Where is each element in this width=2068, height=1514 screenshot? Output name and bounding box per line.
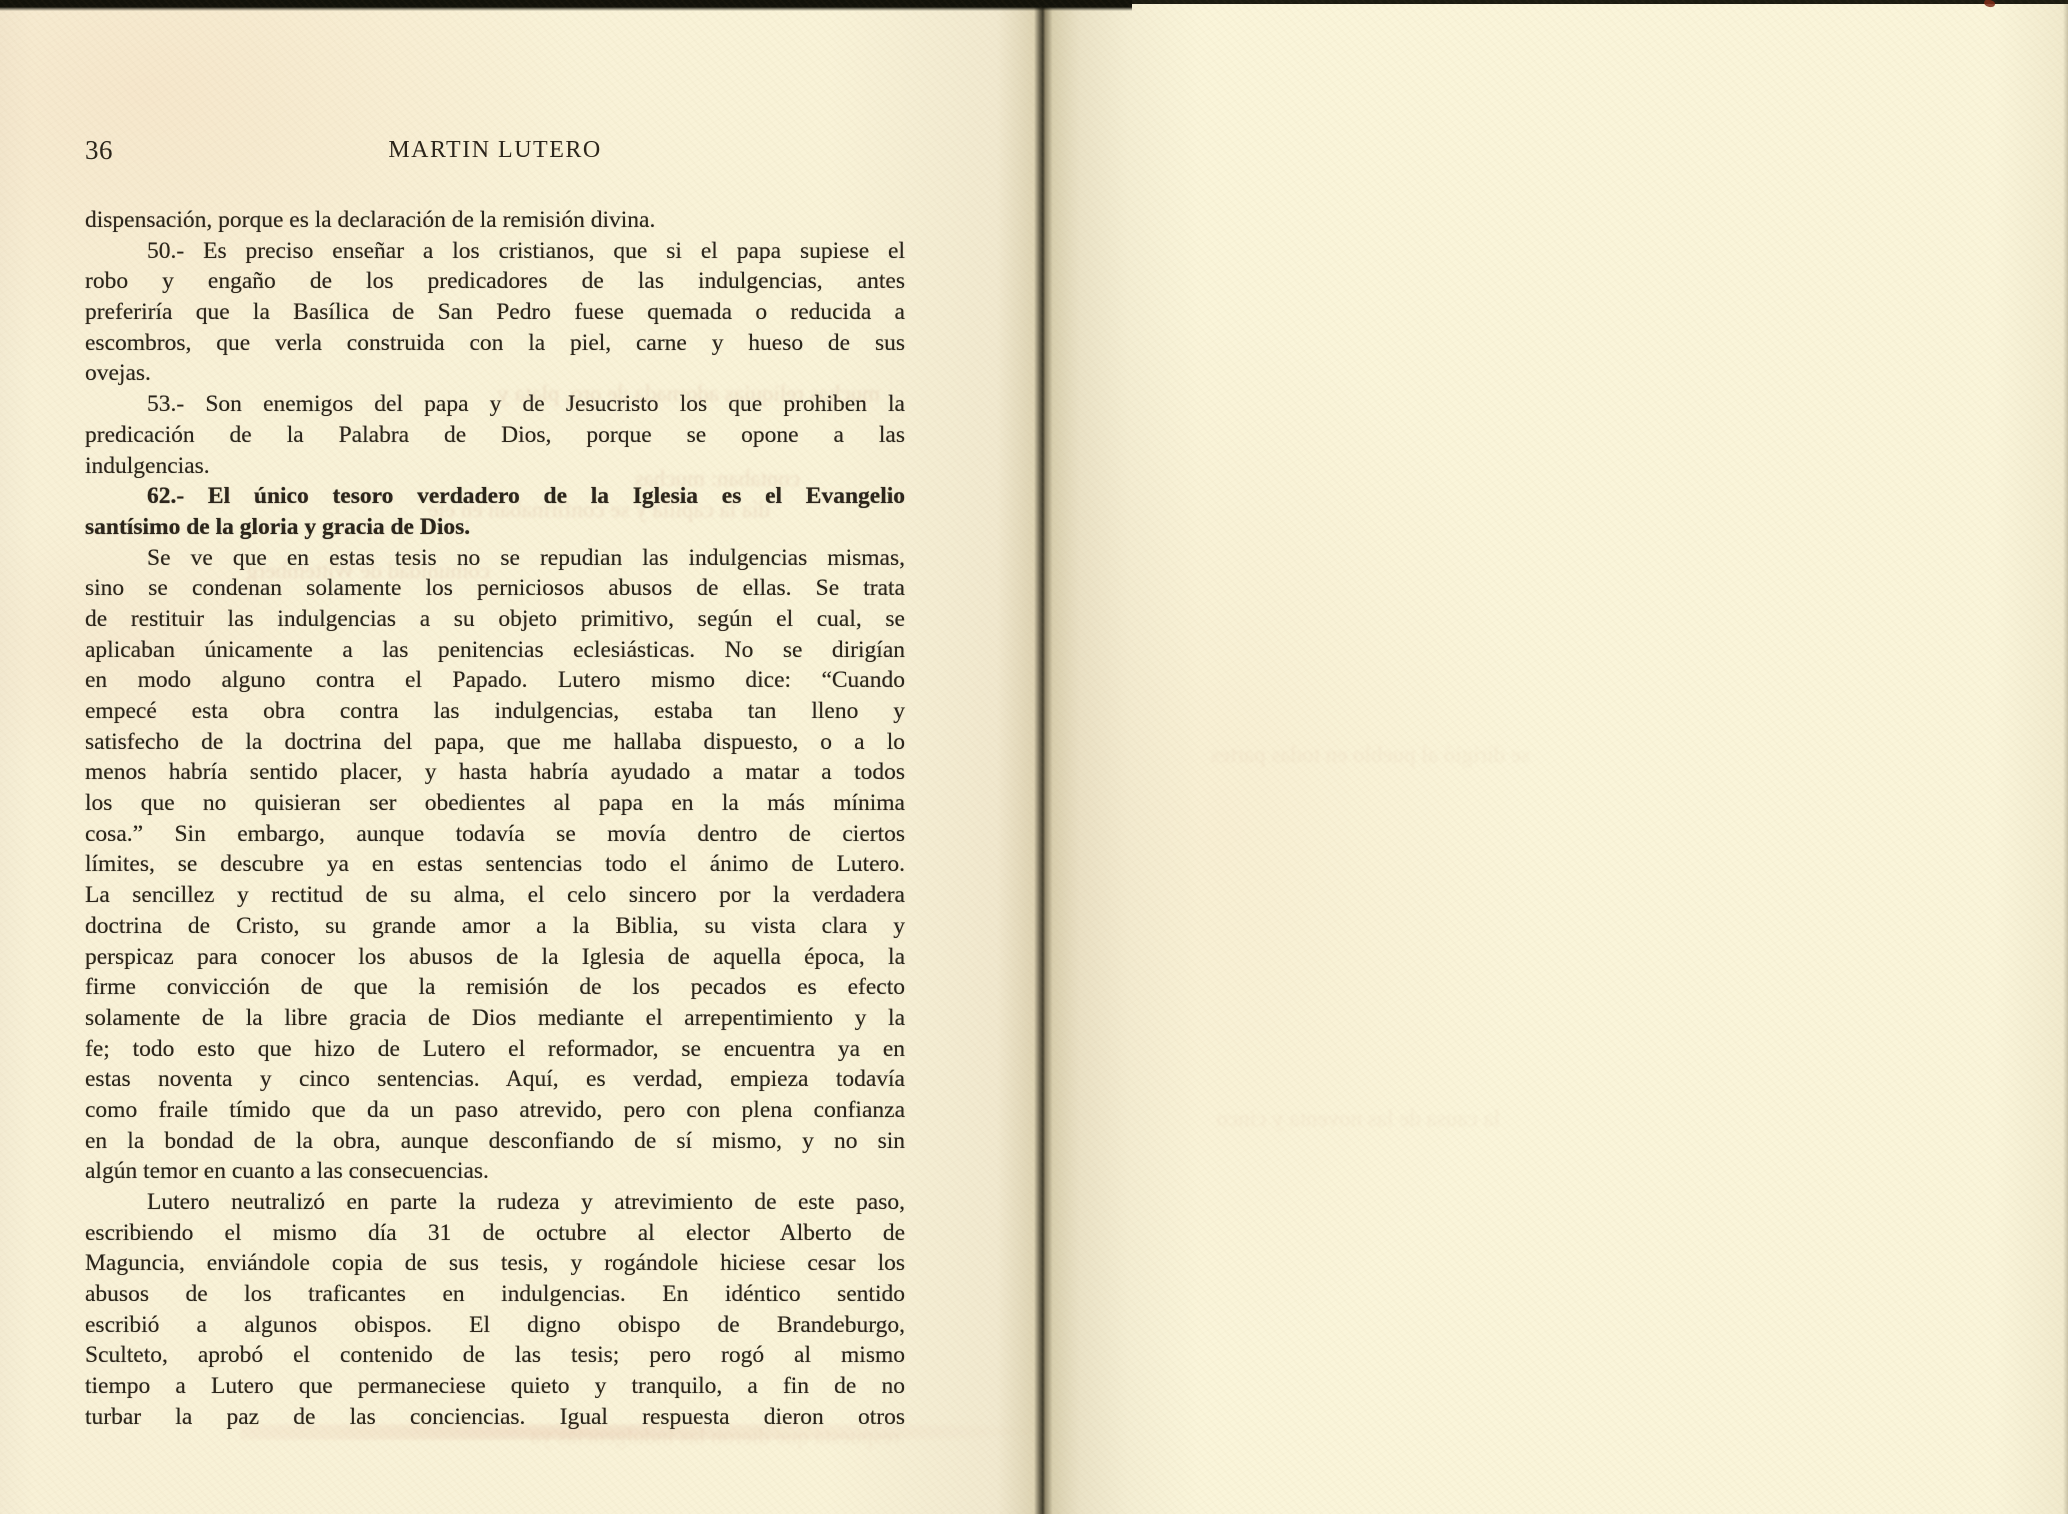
text-line: doctrina de Cristo, su grande amor a la … <box>85 911 905 942</box>
text-line: La sencillez y rectitud de su alma, el c… <box>85 880 905 911</box>
running-head-left: MARTIN LUTERO <box>85 135 905 165</box>
text-line: escombros, que verla construida con la p… <box>85 328 905 359</box>
text-line: Sculteto, aprobó el contenido de las tes… <box>85 1340 905 1371</box>
text-line: aplicaban únicamente a las penitencias e… <box>85 635 905 666</box>
text-line: de restituir las indulgencias a su objet… <box>85 604 905 635</box>
text-line: límites, se descubre ya en estas sentenc… <box>85 849 905 880</box>
text-line: 62.- El único tesoro verdadero de la Igl… <box>85 481 905 512</box>
text-line: Maguncia, enviándole copia de sus tesis,… <box>85 1248 905 1279</box>
text-line: solamente de la libre gracia de Dios med… <box>85 1003 905 1034</box>
page-right: LAS NOVENTA Y CINCO TESIS 37 hombres est… <box>1045 0 2068 1514</box>
text-line: 50.- Es preciso enseñar a los cristianos… <box>85 236 905 267</box>
text-line: ovejas. <box>85 358 905 389</box>
text-line: preferiría que la Basílica de San Pedro … <box>85 297 905 328</box>
text-line: Lutero neutralizó en parte la rudeza y a… <box>85 1187 905 1218</box>
text-line: firme convicción de que la remisión de l… <box>85 972 905 1003</box>
text-line: santísimo de la gloria y gracia de Dios. <box>85 512 905 543</box>
text-line: tiempo a Lutero que permaneciese quieto … <box>85 1371 905 1402</box>
text-line: estas noventa y cinco sentencias. Aquí, … <box>85 1064 905 1095</box>
text-line: dispensación, porque es la declaración d… <box>85 205 905 236</box>
text-line: como fraile tímido que da un paso atrevi… <box>85 1095 905 1126</box>
text-line: los que no quisieran ser obedientes al p… <box>85 788 905 819</box>
text-line: algún temor en cuanto a las consecuencia… <box>85 1156 905 1187</box>
text-line: Se ve que en estas tesis no se repudian … <box>85 543 905 574</box>
text-line: fe; todo esto que hizo de Lutero el refo… <box>85 1034 905 1065</box>
text-line: empecé esta obra contra las indulgencias… <box>85 696 905 727</box>
book-scan: 36 MARTIN LUTERO dispensación, porque es… <box>0 0 2068 1514</box>
text-line: en modo alguno contra el Papado. Lutero … <box>85 665 905 696</box>
text-line: menos habría sentido placer, y hasta hab… <box>85 757 905 788</box>
text-line: cosa.” Sin embargo, aunque todavía se mo… <box>85 819 905 850</box>
text-line: predicación de la Palabra de Dios, porqu… <box>85 420 905 451</box>
text-block-left: dispensación, porque es la declaración d… <box>85 205 905 1433</box>
text-line: robo y engaño de los predicadores de las… <box>85 266 905 297</box>
text-line: abusos de los traficantes en indulgencia… <box>85 1279 905 1310</box>
text-line: indulgencias. <box>85 451 905 482</box>
text-line: escribiendo el mismo día 31 de octubre a… <box>85 1218 905 1249</box>
text-line: satisfecho de la doctrina del papa, que … <box>85 727 905 758</box>
text-line: 53.- Son enemigos del papa y de Jesucris… <box>85 389 905 420</box>
text-line: perspicaz para conocer los abusos de la … <box>85 942 905 973</box>
text-line: escribió a algunos obispos. El digno obi… <box>85 1310 905 1341</box>
page-left: 36 MARTIN LUTERO dispensación, porque es… <box>0 0 1041 1514</box>
text-line: turbar la paz de las conciencias. Igual … <box>85 1402 905 1433</box>
text-line: en la bondad de la obra, aunque desconfi… <box>85 1126 905 1157</box>
text-line: sino se condenan solamente los pernicios… <box>85 573 905 604</box>
